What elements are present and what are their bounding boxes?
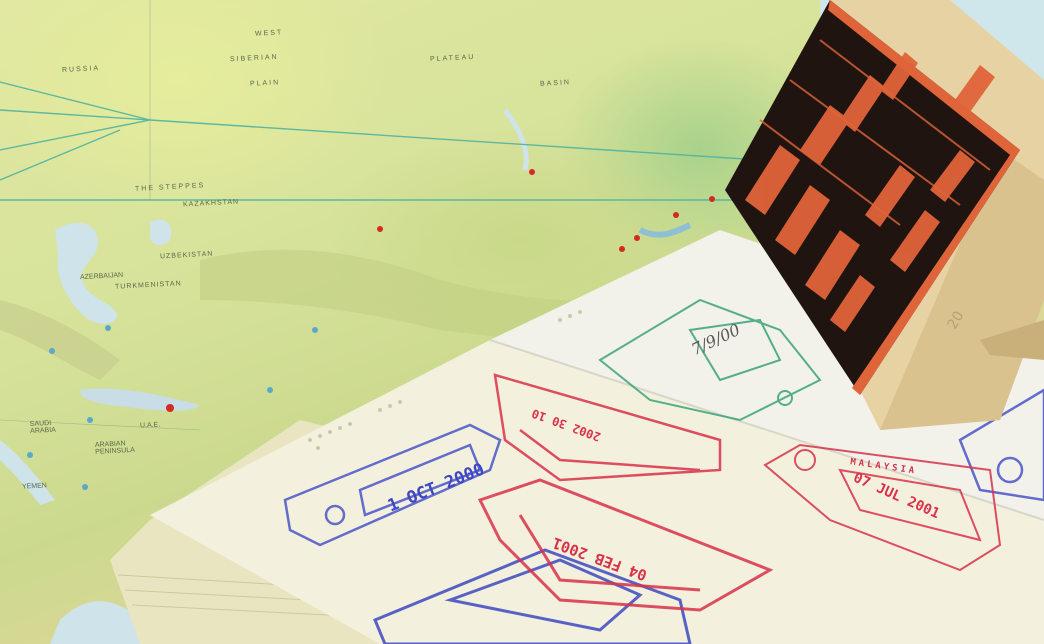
photo-scene: RUSSIA WEST SIBERIAN PLAIN PLATEAU BASIN…	[0, 0, 1044, 644]
rubber-stamp: 20	[0, 0, 1044, 644]
